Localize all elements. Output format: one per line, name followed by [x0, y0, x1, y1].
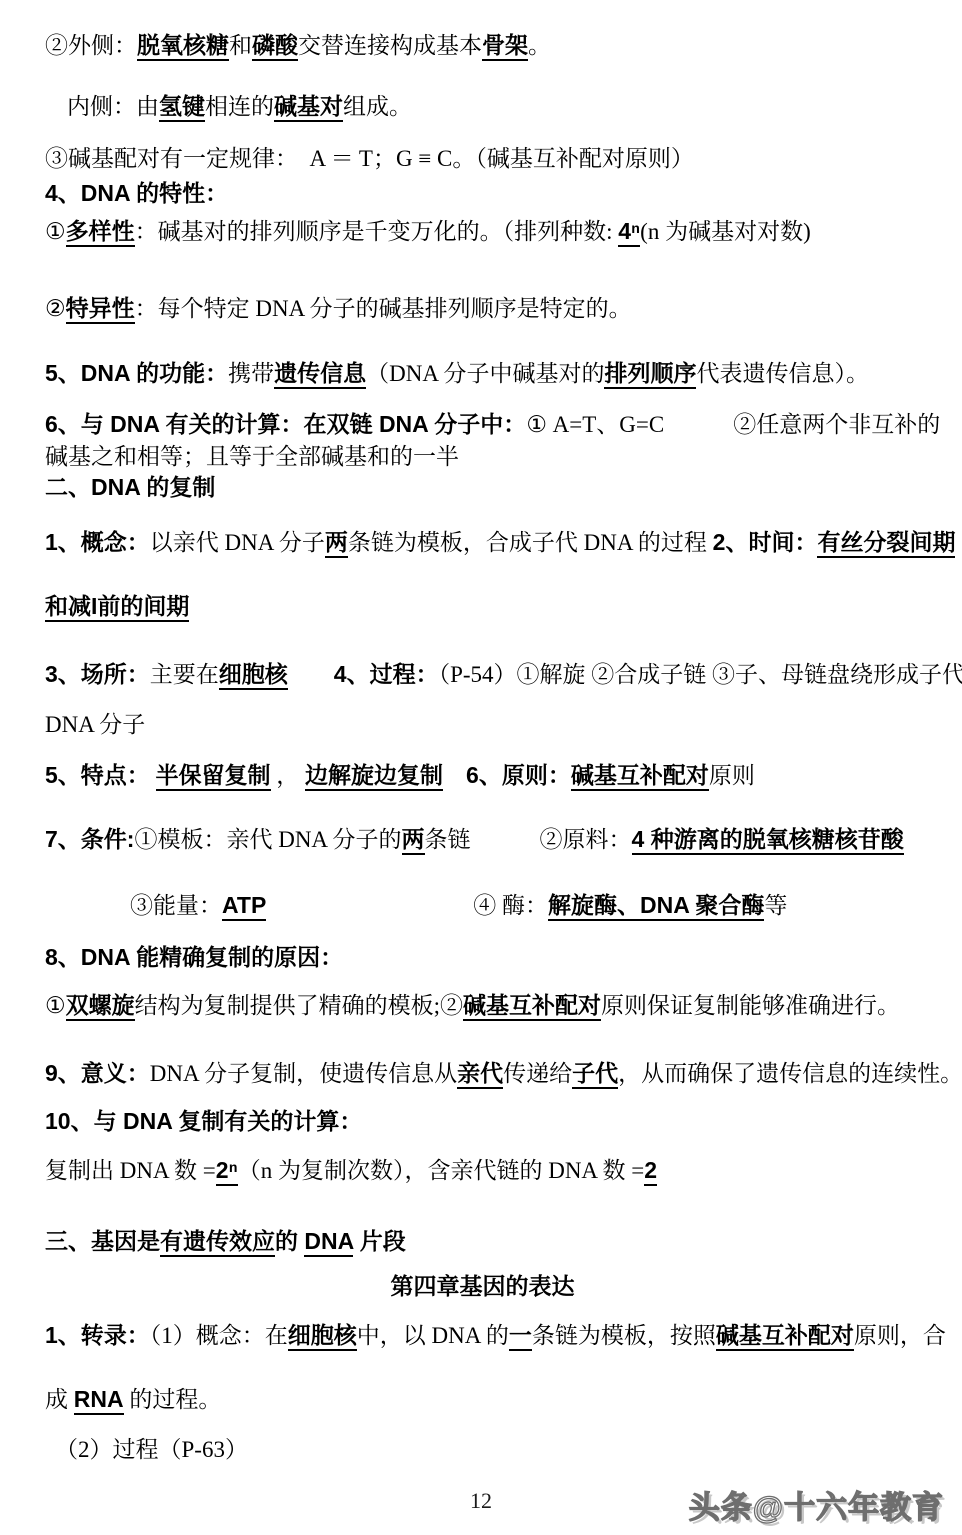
- text-run: 条链: [425, 827, 471, 852]
- text-run: ① A=T、G=C ②任意两个非互补的: [526, 412, 940, 437]
- diversity: ①多样性：碱基对的排列顺序是千变万化的。（排列种数: 4ⁿ(n 为碱基对对数): [45, 214, 920, 249]
- text-run: 6、原则：: [466, 762, 571, 788]
- text-run: 3、场所：: [45, 661, 150, 687]
- text-run: [471, 827, 540, 852]
- text-run: 片段: [353, 1228, 405, 1254]
- text-run: 复制出 DNA 数 =: [45, 1158, 216, 1183]
- text-run: 碱基互补配对: [463, 992, 601, 1021]
- text-run: ②原料：: [540, 827, 632, 852]
- replication-conditions-cont: ③能量：ATP ④ 酶：解旋酶、DNA 聚合酶等: [45, 888, 920, 923]
- heading-replication-calculation: 10、与 DNA 复制有关的计算：: [45, 1104, 920, 1139]
- dna-calculation: 6、与 DNA 有关的计算：在双链 DNA 分子中：① A=T、G=C ②任意两…: [45, 407, 920, 442]
- replication-calculation-formula: 复制出 DNA 数 =2ⁿ（n 为复制次数），含亲代链的 DNA 数 =2: [45, 1153, 920, 1188]
- text-run: （DNA 分子中碱基对的: [366, 361, 604, 386]
- text-run: 原则，合: [854, 1323, 946, 1348]
- heading-accurate-replication-reason: 8、DNA 能精确复制的原因：: [45, 940, 920, 975]
- text-run: 半保留复制: [156, 762, 271, 791]
- text-run: 三、基因是: [45, 1228, 160, 1254]
- text-run: 7、条件:: [45, 826, 134, 852]
- specificity: ②特异性：每个特定 DNA 分子的碱基排列顺序是特定的。: [45, 291, 920, 326]
- text-run: 1、概念：: [45, 529, 150, 555]
- text-run: 内侧：由: [67, 94, 159, 119]
- text-run: 遗传信息: [274, 360, 366, 389]
- text-run: （n 为复制次数），含亲代链的 DNA 数 =: [238, 1158, 645, 1183]
- text-run: ②: [45, 296, 66, 321]
- text-run: 碱基对: [274, 93, 343, 122]
- text-run: 组成。: [343, 94, 412, 119]
- text-run: 条链为模板，合成子代 DNA 的过程: [348, 530, 713, 555]
- text-run: ①模板：亲代 DNA 分子的: [134, 827, 401, 852]
- text-run: 排列顺序: [604, 360, 696, 389]
- text-run: 主要在: [150, 662, 219, 687]
- text-run: 的: [275, 1228, 304, 1254]
- text-run: ②外侧：: [45, 33, 137, 58]
- text-run: 6、与 DNA 有关的计算：在双链 DNA 分子中：: [45, 411, 526, 437]
- replication-time-cont: 和减I前的间期: [45, 589, 920, 624]
- text-run: RNA: [74, 1386, 124, 1415]
- text-run: 5、DNA 的功能：: [45, 360, 228, 386]
- text-run: 脱氧核糖: [137, 32, 229, 61]
- text-run: 代表遗传信息）。: [696, 361, 869, 386]
- text-run: 条链为模板，按照: [532, 1323, 716, 1348]
- replication-significance: 9、意义：DNA 分子复制，使遗传信息从亲代传递给子代，从而确保了遗传信息的连续…: [45, 1056, 920, 1091]
- text-run: 子代: [572, 1060, 618, 1089]
- text-run: 交替连接构成基本: [298, 33, 482, 58]
- text-run: ①: [45, 219, 66, 244]
- heading-gene-definition: 三、基因是有遗传效应的 DNA 片段: [45, 1224, 920, 1259]
- text-run: 和减I前的间期: [45, 593, 189, 622]
- dna-calculation-cont: 碱基之和相等；且等于全部碱基和的一半: [45, 440, 920, 474]
- text-run: 边解旋边复制: [305, 762, 443, 791]
- text-run: 2ⁿ: [216, 1157, 238, 1186]
- text-run: （1）概念：在: [150, 1323, 288, 1348]
- text-run: 成: [45, 1387, 74, 1412]
- text-run: （P-54）①解旋 ②合成子链 ③子、母链盘绕形成子代: [439, 662, 962, 687]
- text-run: ①: [45, 993, 66, 1018]
- text-run: 第四章基因的表达: [391, 1273, 575, 1299]
- text-run: 双螺旋: [66, 992, 135, 1021]
- accurate-replication-reasons: ①双螺旋结构为复制提供了精确的模板;②碱基互补配对原则保证复制能够准确进行。: [45, 988, 920, 1023]
- text-run: 4、过程：: [334, 661, 439, 687]
- text-run: 传递给: [503, 1061, 572, 1086]
- text-run: 两: [402, 826, 425, 855]
- text-run: ，从而确保了遗传信息的连续性。: [618, 1061, 962, 1086]
- text-run: 等: [764, 893, 787, 918]
- text-run: 相连的: [205, 94, 274, 119]
- text-run: 4ⁿ: [618, 218, 640, 247]
- text-run: 原则保证复制能够准确进行。: [601, 993, 900, 1018]
- text-run: ③碱基配对有一定规律： A ＝ T；G ≡ C。（碱基互补配对原则）: [45, 146, 694, 171]
- text-run: （2）过程（P-63）: [55, 1437, 248, 1462]
- text-run: 一: [509, 1322, 532, 1351]
- text-run: (n 为碱基对对数): [640, 219, 811, 244]
- text-run: 有丝分裂间期: [817, 529, 955, 558]
- text-run: 。: [528, 33, 551, 58]
- replication-conditions: 7、条件:①模板：亲代 DNA 分子的两条链 ②原料：4 种游离的脱氧核糖核苷酸: [45, 822, 920, 857]
- base-pairing-rule: ③碱基配对有一定规律： A ＝ T；G ≡ C。（碱基互补配对原则）: [45, 142, 920, 176]
- text-run: 解旋酶、DNA 聚合酶: [548, 892, 764, 921]
- text-run: ，: [271, 763, 306, 788]
- text-run: 中，以 DNA 的: [357, 1323, 509, 1348]
- watermark-toutiao: 头条@十六年教育: [689, 1482, 944, 1527]
- text-run: 细胞核: [288, 1322, 357, 1351]
- text-run: 两: [325, 529, 348, 558]
- text-run: ：碱基对的排列顺序是千变万化的。（排列种数:: [135, 219, 619, 244]
- text-run: DNA 分子复制，使遗传信息从: [150, 1061, 457, 1086]
- text-run: 磷酸: [252, 32, 298, 61]
- text-run: 4 种游离的脱氧核糖核苷酸: [632, 826, 904, 855]
- text-run: 多样性: [66, 218, 135, 247]
- page-footer: 12 头条@十六年教育: [0, 1482, 962, 1526]
- text-run: 的过程。: [124, 1387, 222, 1412]
- document-body: ②外侧：脱氧核糖和磷酸交替连接构成基本骨架。内侧：由氢键相连的碱基对组成。③碱基…: [0, 0, 962, 1467]
- text-run: 9、意义：: [45, 1060, 150, 1086]
- text-run: DNA 分子: [45, 712, 145, 737]
- text-run: 4、DNA 的特性：: [45, 180, 228, 206]
- text-run: 有遗传效应: [160, 1228, 275, 1257]
- text-run: 5、特点：: [45, 762, 150, 788]
- text-run: 亲代: [457, 1060, 503, 1089]
- text-run: 碱基互补配对: [716, 1322, 854, 1351]
- replication-concept-time: 1、概念：以亲代 DNA 分子两条链为模板，合成子代 DNA 的过程 2、时间：…: [45, 525, 920, 560]
- text-run: 2、时间：: [713, 529, 818, 555]
- text-run: 1、转录：: [45, 1322, 150, 1348]
- text-run: 和: [229, 33, 252, 58]
- replication-site-process: 3、场所：主要在细胞核 4、过程：（P-54）①解旋 ②合成子链 ③子、母链盘绕…: [45, 657, 920, 692]
- replication-process-cont: DNA 分子: [45, 708, 920, 742]
- text-run: 特异性: [66, 295, 135, 324]
- text-run: 细胞核: [219, 661, 288, 690]
- text-run: [150, 763, 156, 788]
- inner-side-structure: 内侧：由氢键相连的碱基对组成。: [45, 89, 920, 124]
- text-run: ④ 酶：: [473, 893, 548, 918]
- text-run: 结构为复制提供了精确的模板;②: [135, 993, 463, 1018]
- transcription-process: （2）过程（P-63）: [45, 1433, 920, 1467]
- outer-side-structure: ②外侧：脱氧核糖和磷酸交替连接构成基本骨架。: [45, 28, 920, 63]
- text-run: ③能量：: [130, 893, 222, 918]
- text-run: 2: [644, 1157, 657, 1186]
- text-run: [266, 893, 473, 918]
- text-run: 二、DNA 的复制: [45, 474, 215, 500]
- heading-dna-replication: 二、DNA 的复制: [45, 470, 920, 505]
- text-run: 以亲代 DNA 分子: [150, 530, 325, 555]
- heading-dna-properties: 4、DNA 的特性：: [45, 176, 920, 211]
- text-run: [288, 662, 334, 687]
- text-run: 携带: [228, 361, 274, 386]
- text-run: 原则: [709, 763, 755, 788]
- text-run: 10、与 DNA 复制有关的计算：: [45, 1108, 362, 1134]
- text-run: DNA: [304, 1228, 353, 1257]
- transcription-concept-cont: 成 RNA 的过程。: [45, 1382, 920, 1417]
- text-run: 碱基互补配对: [571, 762, 709, 791]
- text-run: 碱基之和相等；且等于全部碱基和的一半: [45, 444, 459, 469]
- text-run: 8、DNA 能精确复制的原因：: [45, 944, 343, 970]
- text-run: 骨架: [482, 32, 528, 61]
- text-run: ：每个特定 DNA 分子的碱基排列顺序是特定的。: [135, 296, 632, 321]
- replication-features-principle: 5、特点： 半保留复制 ， 边解旋边复制 6、原则：碱基互补配对原则: [45, 758, 920, 793]
- text-run: 氢键: [159, 93, 205, 122]
- page-number: 12: [470, 1488, 492, 1514]
- dna-function: 5、DNA 的功能：携带遗传信息（DNA 分子中碱基对的排列顺序代表遗传信息）。: [45, 356, 920, 391]
- transcription-concept: 1、转录：（1）概念：在细胞核中，以 DNA 的一条链为模板，按照碱基互补配对原…: [45, 1318, 920, 1353]
- chapter-heading-gene-expression: 第四章基因的表达: [45, 1269, 920, 1304]
- text-run: [443, 763, 466, 788]
- text-run: ATP: [222, 892, 266, 921]
